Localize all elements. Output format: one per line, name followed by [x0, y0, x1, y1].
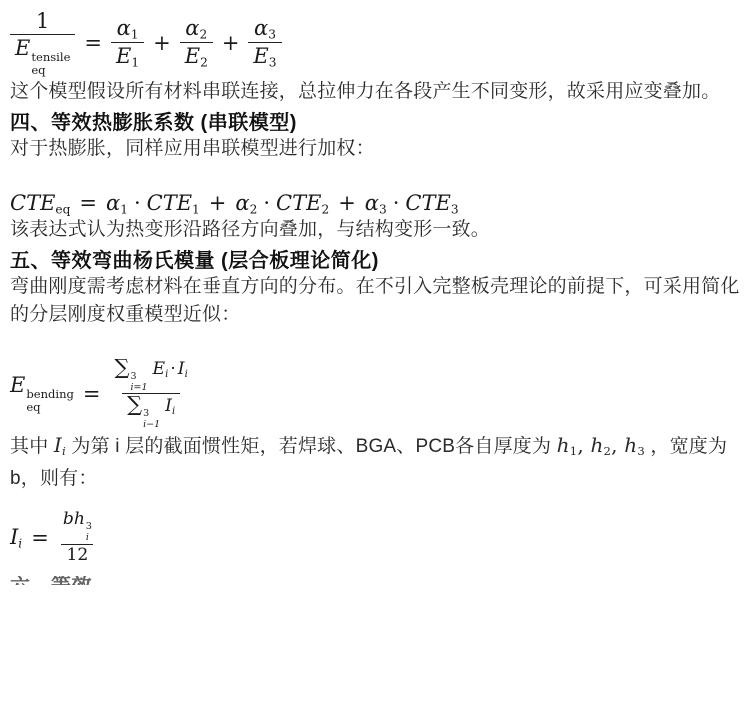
- sigma-symbol: ∑: [115, 355, 130, 379]
- alpha-symbol: α: [117, 16, 131, 40]
- separator: ,: [611, 433, 624, 457]
- numerator: α3: [249, 15, 281, 43]
- sum-limits: 3i−1: [143, 409, 160, 431]
- denominator-12: 12: [61, 544, 93, 567]
- numerator-one: 1: [31, 8, 54, 34]
- E-scripts: bendingeq: [26, 388, 74, 415]
- h-symbol: h: [590, 433, 603, 457]
- fraction-term-3: α3 E3: [248, 15, 281, 71]
- fraction-term-2: α2 E2: [180, 15, 213, 71]
- denominator-E-eq-tensile: Etensileeq: [10, 34, 75, 77]
- bending-lhs: Ebendingeq: [10, 373, 74, 414]
- E-symbol: E: [253, 44, 268, 68]
- inline-math-h123: h1, h2, h3: [557, 433, 645, 457]
- E-symbol: E: [185, 44, 200, 68]
- numerator-sum: ∑3i=1Ei·Ii: [110, 357, 193, 393]
- paragraph-series-model: 这个模型假设所有材料串联连接，总拉伸力在各段产生不同变形，故采用应变叠加。: [10, 78, 742, 106]
- alpha-symbol: α: [185, 16, 199, 40]
- superscript-bending: bending: [26, 388, 74, 401]
- denominator-sum: ∑3i−1Ii: [122, 393, 180, 430]
- sigma-symbol: ∑: [127, 392, 142, 416]
- subscript-eq: eq: [26, 401, 40, 414]
- subscript: i: [165, 369, 168, 380]
- subscript: 3: [637, 444, 645, 458]
- h-symbol: h: [74, 509, 85, 529]
- cutoff-heading-fragment: 六、等效: [10, 576, 742, 585]
- h-scripts: 3i: [86, 522, 92, 544]
- cutoff-heading-text: 六、等效: [10, 576, 742, 585]
- subscript: 2: [250, 202, 258, 216]
- dot-operator: ·: [170, 359, 175, 379]
- denominator: E1: [111, 42, 144, 71]
- paragraph-cte-intro: 对于热膨胀，同样应用串联模型进行加权：: [10, 135, 742, 163]
- h-symbol: h: [557, 433, 570, 457]
- dot-operator: ·: [134, 191, 141, 215]
- subscript: i: [172, 406, 175, 417]
- dot-operator: ·: [263, 191, 270, 215]
- subscript: 1: [131, 56, 139, 70]
- denominator: E2: [180, 42, 213, 71]
- plus-sign: +: [222, 31, 240, 55]
- paragraph-inertia-definition: 其中 Ii 为第 i 层的截面惯性矩，若焊球、BGA、PCB各自厚度为 h1, …: [10, 431, 742, 493]
- subscript: 3: [379, 202, 387, 216]
- alpha-symbol: α: [106, 191, 120, 215]
- heading-bending-section: 五、等效弯曲杨氏模量 (层合板理论简化): [10, 244, 742, 273]
- denominator: E3: [248, 42, 281, 71]
- dot-operator: ·: [393, 191, 400, 215]
- numerator: bh3i: [58, 509, 97, 543]
- subscript: 3: [451, 202, 459, 216]
- subscript: i: [185, 369, 188, 380]
- E-symbol: E: [116, 44, 131, 68]
- inline-math-Ii: Ii: [54, 433, 66, 457]
- fraction-sums: ∑3i=1Ei·Ii ∑3i−1Ii: [110, 357, 193, 431]
- plus-sign: +: [153, 31, 171, 55]
- E-symbol: E: [15, 36, 30, 60]
- b-symbol: b: [63, 509, 74, 529]
- subscript: 3: [268, 27, 276, 41]
- equals-sign: =: [79, 191, 97, 215]
- subscript: 3: [269, 56, 277, 70]
- subscript-eq: eq: [55, 202, 70, 216]
- cte-term-2: α2·CTE2: [235, 191, 329, 216]
- subscript: i: [18, 536, 22, 550]
- paragraph-cte-note: 该表达式认为热变形沿路径方向叠加，与结构变形一致。: [10, 216, 742, 244]
- CTE-symbol: CTE: [147, 191, 192, 215]
- paragraph-bending-intro: 弯曲刚度需考虑材料在垂直方向的分布。在不引入完整板壳理论的前提下，可采用简化的分…: [10, 273, 742, 329]
- equals-sign: =: [84, 31, 102, 55]
- formula-tensile-modulus: 1 Etensileeq = α1 E1 + α2 E2 + α3 E3: [10, 8, 742, 78]
- equals-sign: =: [83, 382, 101, 406]
- E-symbol: E: [10, 373, 25, 397]
- formula-bending-modulus: Ebendingeq = ∑3i=1Ei·Ii ∑3i−1Ii: [10, 357, 742, 431]
- E-symbol: E: [153, 359, 166, 379]
- plus-sign: +: [338, 191, 356, 215]
- subscript-eq: eq: [31, 64, 45, 77]
- superscript-tensile: tensile: [31, 51, 70, 64]
- subscript-i: i: [86, 533, 89, 544]
- cte-term-3: α3·CTE3: [365, 191, 459, 216]
- subscript: 2: [321, 202, 329, 216]
- alpha-symbol: α: [235, 191, 249, 215]
- text-segment: 其中: [10, 436, 54, 457]
- h-symbol: h: [624, 433, 637, 457]
- E-scripts: tensileeq: [31, 51, 70, 78]
- I-symbol: I: [165, 396, 172, 416]
- fraction-bh3-12: bh3i 12: [58, 509, 97, 566]
- sum-limits: 3i=1: [131, 372, 148, 394]
- numerator: α1: [112, 15, 144, 43]
- formula-moment-of-inertia: Ii = bh3i 12: [10, 509, 742, 566]
- numerator: α2: [180, 15, 212, 43]
- I-symbol: I: [178, 359, 185, 379]
- alpha-symbol: α: [254, 16, 268, 40]
- heading-cte-section: 四、等效热膨胀系数 (串联模型): [10, 106, 742, 135]
- lower-limit: i−1: [143, 420, 160, 431]
- subscript: 2: [199, 27, 207, 41]
- separator: ,: [577, 433, 590, 457]
- subscript: 1: [120, 202, 128, 216]
- subscript: 2: [200, 56, 208, 70]
- cte-lhs: CTEeq: [10, 191, 70, 216]
- fraction-term-1: α1 E1: [111, 15, 144, 71]
- inertia-lhs: Ii: [10, 525, 22, 550]
- subscript: 1: [131, 27, 139, 41]
- CTE-symbol: CTE: [276, 191, 321, 215]
- upper-limit: 3: [131, 372, 137, 383]
- CTE-symbol: CTE: [405, 191, 450, 215]
- document-body: 1 Etensileeq = α1 E1 + α2 E2 + α3 E3 这个模…: [0, 0, 756, 585]
- CTE-symbol: CTE: [10, 191, 55, 215]
- equals-sign: =: [31, 526, 49, 550]
- cte-term-1: α1·CTE1: [106, 191, 200, 216]
- formula-cte: CTEeq = α1·CTE1 + α2·CTE2 + α3·CTE3: [10, 191, 742, 216]
- fraction-lhs: 1 Etensileeq: [10, 8, 75, 78]
- text-segment: 为第 i 层的截面惯性矩，若焊球、BGA、PCB各自厚度为: [66, 436, 557, 457]
- subscript: 1: [192, 202, 200, 216]
- I-symbol: I: [54, 433, 62, 457]
- plus-sign: +: [209, 191, 227, 215]
- alpha-symbol: α: [365, 191, 379, 215]
- subscript: 2: [604, 444, 612, 458]
